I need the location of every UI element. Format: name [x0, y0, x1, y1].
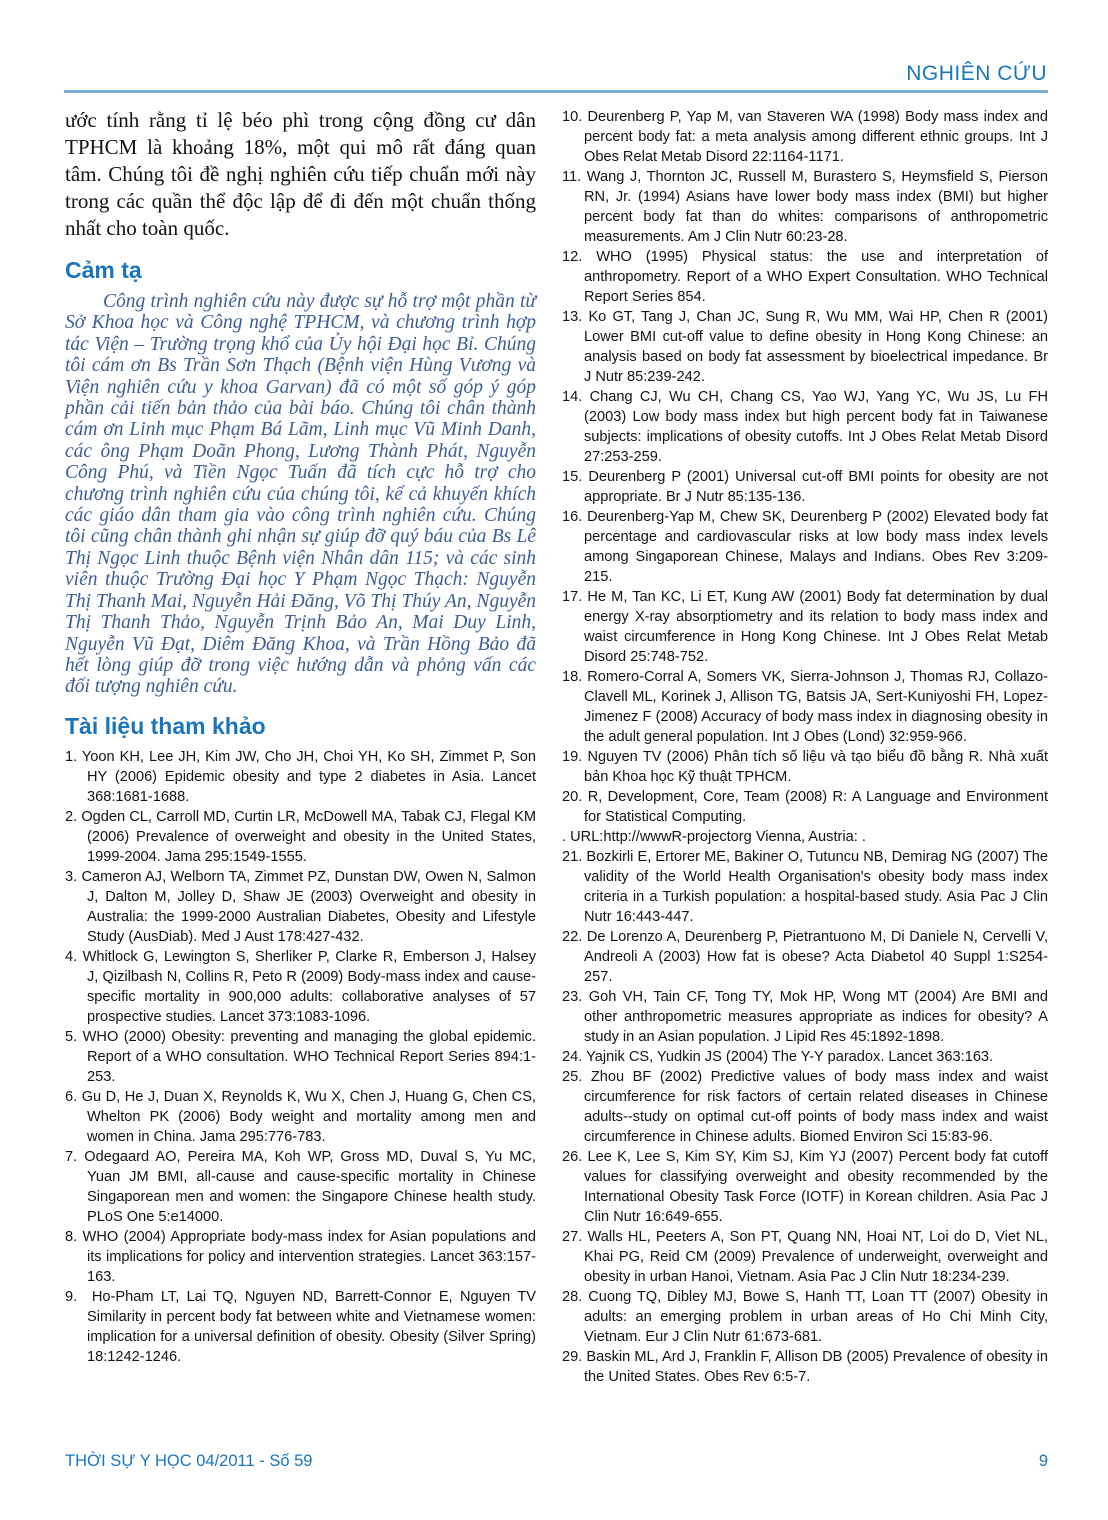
reference-item: 12. WHO (1995) Physical status: the use …	[562, 247, 1048, 307]
reference-item: 21. Bozkirli E, Ertorer ME, Bakiner O, T…	[562, 847, 1048, 927]
reference-item: 18. Romero-Corral A, Somers VK, Sierra-J…	[562, 667, 1048, 747]
reference-number: 12.	[562, 249, 596, 265]
reference-number: 24.	[562, 1049, 586, 1065]
reference-item: 25. Zhou BF (2002) Predictive values of …	[562, 1067, 1048, 1147]
reference-text: Ogden CL, Carroll MD, Curtin LR, McDowel…	[81, 809, 536, 865]
reference-item: 10. Deurenberg P, Yap M, van Staveren WA…	[562, 107, 1048, 167]
reference-text: WHO (1995) Physical status: the use and …	[584, 249, 1048, 305]
two-column-body: ước tính rằng tỉ lệ béo phì trong cộng đ…	[65, 107, 1048, 1387]
reference-number: 9.	[65, 1289, 92, 1305]
reference-number: 11.	[562, 169, 587, 185]
reference-number: 2.	[65, 809, 81, 825]
reference-text: Deurenberg P (2001) Universal cut-off BM…	[584, 469, 1048, 505]
reference-number: 10.	[562, 109, 587, 125]
reference-text: Ko GT, Tang J, Chan JC, Sung R, Wu MM, W…	[584, 309, 1048, 385]
reference-item: 5. WHO (2000) Obesity: preventing and ma…	[65, 1027, 536, 1087]
reference-text: Deurenberg P, Yap M, van Staveren WA (19…	[584, 109, 1048, 165]
left-column: ước tính rằng tỉ lệ béo phì trong cộng đ…	[65, 107, 536, 1367]
reference-item: 17. He M, Tan KC, Li ET, Kung AW (2001) …	[562, 587, 1048, 667]
reference-item: 4. Whitlock G, Lewington S, Sherliker P,…	[65, 947, 536, 1027]
reference-item: 29. Baskin ML, Ard J, Franklin F, Alliso…	[562, 1347, 1048, 1387]
reference-item: 15. Deurenberg P (2001) Universal cut-of…	[562, 467, 1048, 507]
reference-text: . URL:http://wwwR-projectorg Vienna, Aus…	[562, 829, 866, 845]
reference-number: 13.	[562, 309, 588, 325]
reference-item: . URL:http://wwwR-projectorg Vienna, Aus…	[562, 827, 1048, 847]
reference-text: He M, Tan KC, Li ET, Kung AW (2001) Body…	[584, 589, 1048, 665]
reference-item: 26. Lee K, Lee S, Kim SY, Kim SJ, Kim YJ…	[562, 1147, 1048, 1227]
reference-text: WHO (2000) Obesity: preventing and manag…	[83, 1029, 536, 1085]
reference-number: 27.	[562, 1229, 588, 1245]
reference-text: Deurenberg-Yap M, Chew SK, Deurenberg P …	[584, 509, 1048, 585]
reference-text: Chang CJ, Wu CH, Chang CS, Yao WJ, Yang …	[584, 389, 1048, 465]
reference-item: 1. Yoon KH, Lee JH, Kim JW, Cho JH, Choi…	[65, 747, 536, 807]
reference-text: Nguyen TV (2006) Phân tích số liệu và tạ…	[584, 749, 1048, 785]
reference-number: 16.	[562, 509, 587, 525]
reference-text: Cameron AJ, Welborn TA, Zimmet PZ, Dunst…	[82, 869, 537, 945]
reference-number: 28.	[562, 1289, 588, 1305]
reference-number: 8.	[65, 1229, 83, 1245]
reference-item: 3. Cameron AJ, Welborn TA, Zimmet PZ, Du…	[65, 867, 536, 947]
reference-text: Gu D, He J, Duan X, Reynolds K, Wu X, Ch…	[82, 1089, 536, 1145]
reference-text: Baskin ML, Ard J, Franklin F, Allison DB…	[584, 1349, 1048, 1385]
reference-item: 11. Wang J, Thornton JC, Russell M, Bura…	[562, 167, 1048, 247]
reference-item: 28. Cuong TQ, Dibley MJ, Bowe S, Hanh TT…	[562, 1287, 1048, 1347]
reference-text: R, Development, Core, Team (2008) R: A L…	[584, 789, 1048, 825]
reference-number: 17.	[562, 589, 587, 605]
reference-text: Romero-Corral A, Somers VK, Sierra-Johns…	[584, 669, 1048, 745]
reference-list-right: 10. Deurenberg P, Yap M, van Staveren WA…	[562, 107, 1048, 1387]
acknowledgment-heading: Cảm tạ	[65, 257, 536, 284]
reference-text: Wang J, Thornton JC, Russell M, Buraster…	[584, 169, 1048, 245]
reference-number: 22.	[562, 929, 587, 945]
page-footer: THỜI SỰ Y HỌC 04/2011 - Số 59 9	[65, 1452, 1048, 1471]
reference-text: Yoon KH, Lee JH, Kim JW, Cho JH, Choi YH…	[82, 749, 536, 805]
reference-number: 6.	[65, 1089, 82, 1105]
reference-number: 19.	[562, 749, 588, 765]
reference-text: WHO (2004) Appropriate body-mass index f…	[83, 1229, 536, 1285]
reference-item: 20. R, Development, Core, Team (2008) R:…	[562, 787, 1048, 827]
reference-item: 9. Ho-Pham LT, Lai TQ, Nguyen ND, Barret…	[65, 1287, 536, 1367]
reference-text: Cuong TQ, Dibley MJ, Bowe S, Hanh TT, Lo…	[584, 1289, 1048, 1345]
running-head: NGHIÊN CỨU	[906, 62, 1047, 86]
reference-list-left: 1. Yoon KH, Lee JH, Kim JW, Cho JH, Choi…	[65, 747, 536, 1367]
reference-text: Odegaard AO, Pereira MA, Koh WP, Gross M…	[84, 1149, 536, 1225]
reference-item: 19. Nguyen TV (2006) Phân tích số liệu v…	[562, 747, 1048, 787]
reference-item: 2. Ogden CL, Carroll MD, Curtin LR, McDo…	[65, 807, 536, 867]
reference-number: 26.	[562, 1149, 588, 1165]
reference-number: 21.	[562, 849, 586, 865]
reference-number: 5.	[65, 1029, 83, 1045]
reference-text: Zhou BF (2002) Predictive values of body…	[584, 1069, 1048, 1145]
reference-number: 1.	[65, 749, 82, 765]
right-column: 10. Deurenberg P, Yap M, van Staveren WA…	[562, 107, 1048, 1387]
header-rule	[64, 90, 1048, 93]
reference-text: Whitlock G, Lewington S, Sherliker P, Cl…	[83, 949, 536, 1025]
reference-item: 24. Yajnik CS, Yudkin JS (2004) The Y-Y …	[562, 1047, 1048, 1067]
reference-text: Ho-Pham LT, Lai TQ, Nguyen ND, Barrett-C…	[87, 1289, 536, 1365]
reference-text: Bozkirli E, Ertorer ME, Bakiner O, Tutun…	[584, 849, 1048, 925]
reference-number: 15.	[562, 469, 588, 485]
reference-number: 20.	[562, 789, 588, 805]
reference-number: 29.	[562, 1349, 586, 1365]
reference-number: 25.	[562, 1069, 591, 1085]
reference-text: Goh VH, Tain CF, Tong TY, Mok HP, Wong M…	[584, 989, 1048, 1045]
reference-item: 13. Ko GT, Tang J, Chan JC, Sung R, Wu M…	[562, 307, 1048, 387]
journal-page: NGHIÊN CỨU ước tính rằng tỉ lệ béo phì t…	[0, 0, 1108, 1520]
reference-number: 23.	[562, 989, 589, 1005]
reference-text: Walls HL, Peeters A, Son PT, Quang NN, H…	[584, 1229, 1048, 1285]
footer-journal-line: THỜI SỰ Y HỌC 04/2011 - Số 59	[65, 1452, 312, 1471]
reference-item: 23. Goh VH, Tain CF, Tong TY, Mok HP, Wo…	[562, 987, 1048, 1047]
reference-number: 3.	[65, 869, 82, 885]
reference-number: 18.	[562, 669, 587, 685]
reference-number: 14.	[562, 389, 590, 405]
reference-item: 6. Gu D, He J, Duan X, Reynolds K, Wu X,…	[65, 1087, 536, 1147]
reference-number: 4.	[65, 949, 83, 965]
reference-text: De Lorenzo A, Deurenberg P, Pietrantuono…	[584, 929, 1048, 985]
reference-item: 14. Chang CJ, Wu CH, Chang CS, Yao WJ, Y…	[562, 387, 1048, 467]
reference-number: 7.	[65, 1149, 84, 1165]
intro-paragraph: ước tính rằng tỉ lệ béo phì trong cộng đ…	[65, 107, 536, 242]
reference-text: Yajnik CS, Yudkin JS (2004) The Y-Y para…	[586, 1049, 993, 1065]
references-heading: Tài liệu tham khảo	[65, 713, 536, 740]
reference-item: 8. WHO (2004) Appropriate body-mass inde…	[65, 1227, 536, 1287]
reference-item: 22. De Lorenzo A, Deurenberg P, Pietrant…	[562, 927, 1048, 987]
reference-item: 7. Odegaard AO, Pereira MA, Koh WP, Gros…	[65, 1147, 536, 1227]
acknowledgment-body: Công trình nghiên cứu này được sự hỗ trợ…	[65, 291, 536, 698]
footer-page-number: 9	[1039, 1452, 1048, 1471]
reference-text: Lee K, Lee S, Kim SY, Kim SJ, Kim YJ (20…	[584, 1149, 1048, 1225]
reference-item: 27. Walls HL, Peeters A, Son PT, Quang N…	[562, 1227, 1048, 1287]
reference-item: 16. Deurenberg-Yap M, Chew SK, Deurenber…	[562, 507, 1048, 587]
